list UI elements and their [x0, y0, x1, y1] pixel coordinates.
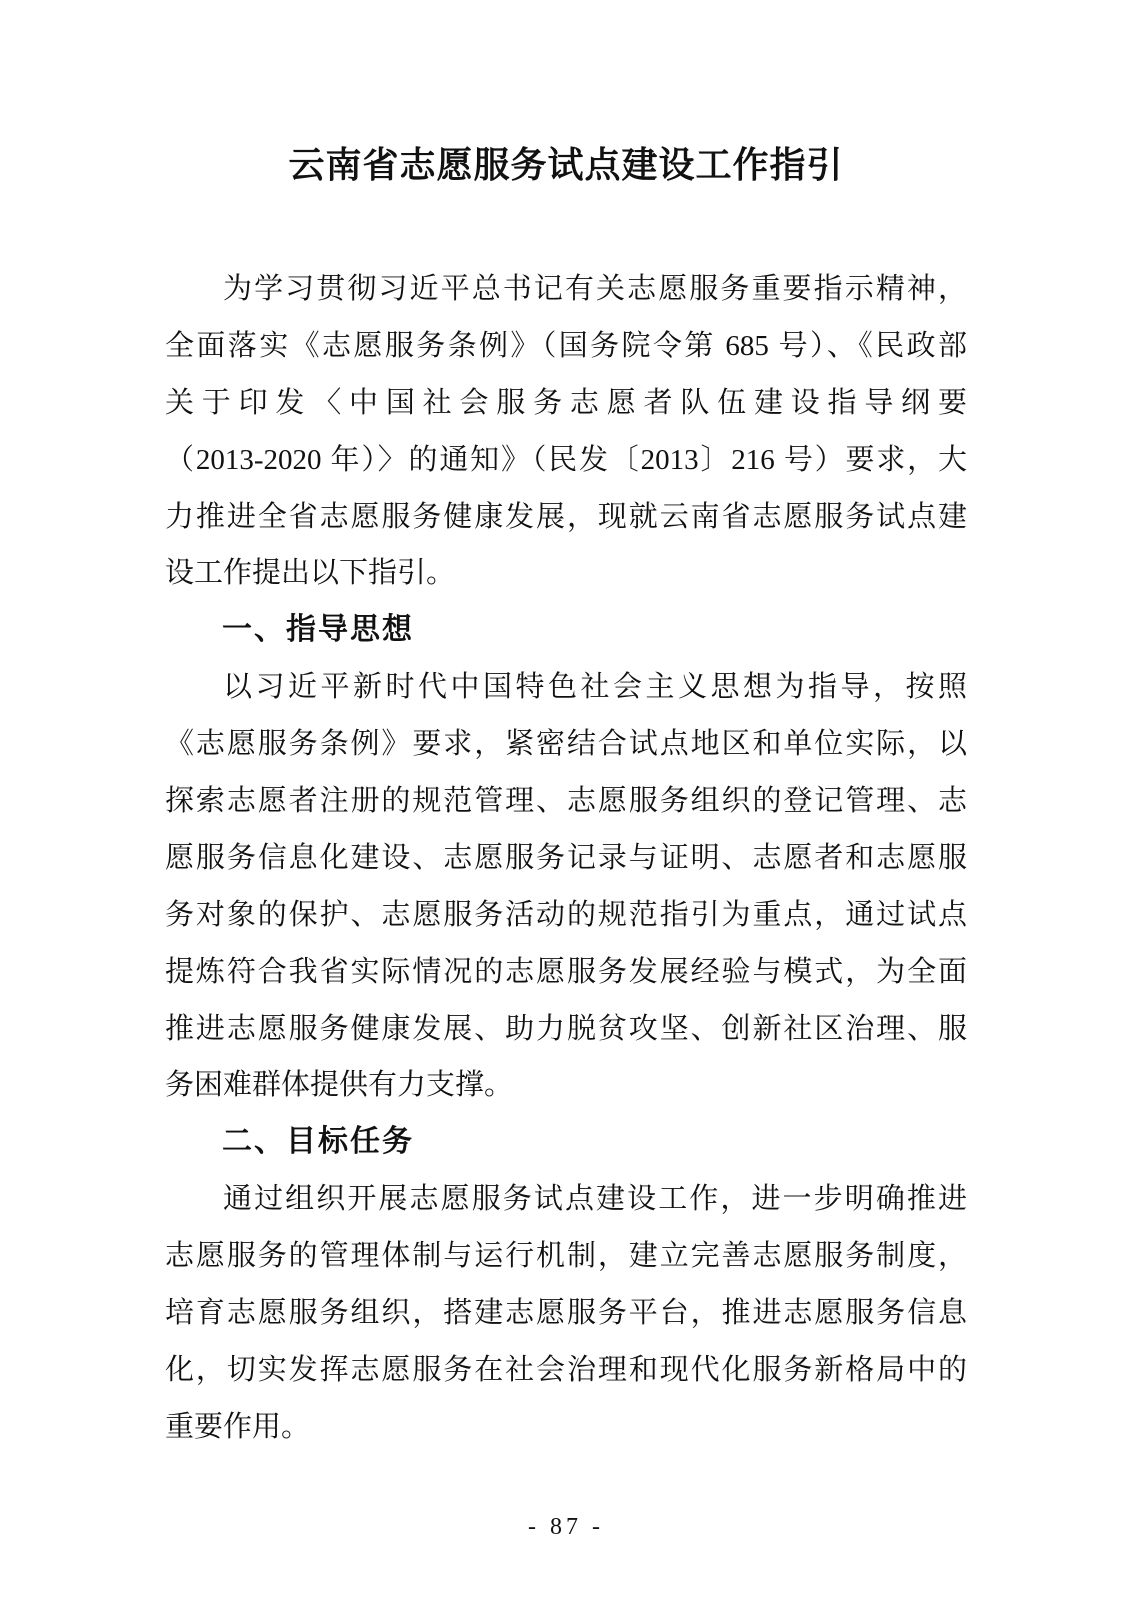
body-text-line: 力推进全省志愿服务健康发展，现就云南省志愿服务试点建 — [165, 489, 967, 546]
body-text-line: 《志愿服务条例》要求，紧密结合试点地区和单位实际，以 — [165, 716, 967, 773]
body-text-line: 务困难群体提供有力支撑。 — [165, 1057, 967, 1114]
document-body: 为学习贯彻习近平总书记有关志愿服务重要指示精神，全面落实《志愿服务条例》（国务院… — [165, 261, 967, 1456]
body-text-line: 设工作提出以下指引。 — [165, 545, 967, 602]
body-text-line: 探索志愿者注册的规范管理、志愿服务组织的登记管理、志 — [165, 773, 967, 830]
section-heading: 二、目标任务 — [165, 1114, 967, 1171]
body-text-line: 志愿服务的管理体制与运行机制，建立完善志愿服务制度， — [165, 1228, 967, 1285]
section-heading: 一、指导思想 — [165, 602, 967, 659]
body-text-line: （2013-2020 年）〉的通知》（民发〔2013〕216 号）要求，大 — [165, 432, 967, 489]
body-text-line: 通过组织开展志愿服务试点建设工作，进一步明确推进 — [165, 1171, 967, 1228]
body-text-line: 提炼符合我省实际情况的志愿服务发展经验与模式，为全面 — [165, 944, 967, 1001]
body-text-line: 全面落实《志愿服务条例》（国务院令第 685 号）、《民政部 — [165, 318, 967, 375]
document-title: 云南省志愿服务试点建设工作指引 — [0, 143, 1132, 187]
body-text-line: 以习近平新时代中国特色社会主义思想为指导，按照 — [165, 659, 967, 716]
body-text-line: 为学习贯彻习近平总书记有关志愿服务重要指示精神， — [165, 261, 967, 318]
body-text-line: 推进志愿服务健康发展、助力脱贫攻坚、创新社区治理、服 — [165, 1001, 967, 1058]
body-text-line: 关于印发〈中国社会服务志愿者队伍建设指导纲要 — [165, 375, 967, 432]
page-number: - 87 - — [0, 1510, 1132, 1544]
body-text-line: 培育志愿服务组织，搭建志愿服务平台，推进志愿服务信息 — [165, 1285, 967, 1342]
document-page: 云南省志愿服务试点建设工作指引 为学习贯彻习近平总书记有关志愿服务重要指示精神，… — [0, 0, 1132, 1600]
body-text-line: 化，切实发挥志愿服务在社会治理和现代化服务新格局中的 — [165, 1342, 967, 1399]
body-text-line: 愿服务信息化建设、志愿服务记录与证明、志愿者和志愿服 — [165, 830, 967, 887]
body-text-line: 重要作用。 — [165, 1399, 967, 1456]
body-text-line: 务对象的保护、志愿服务活动的规范指引为重点，通过试点 — [165, 887, 967, 944]
